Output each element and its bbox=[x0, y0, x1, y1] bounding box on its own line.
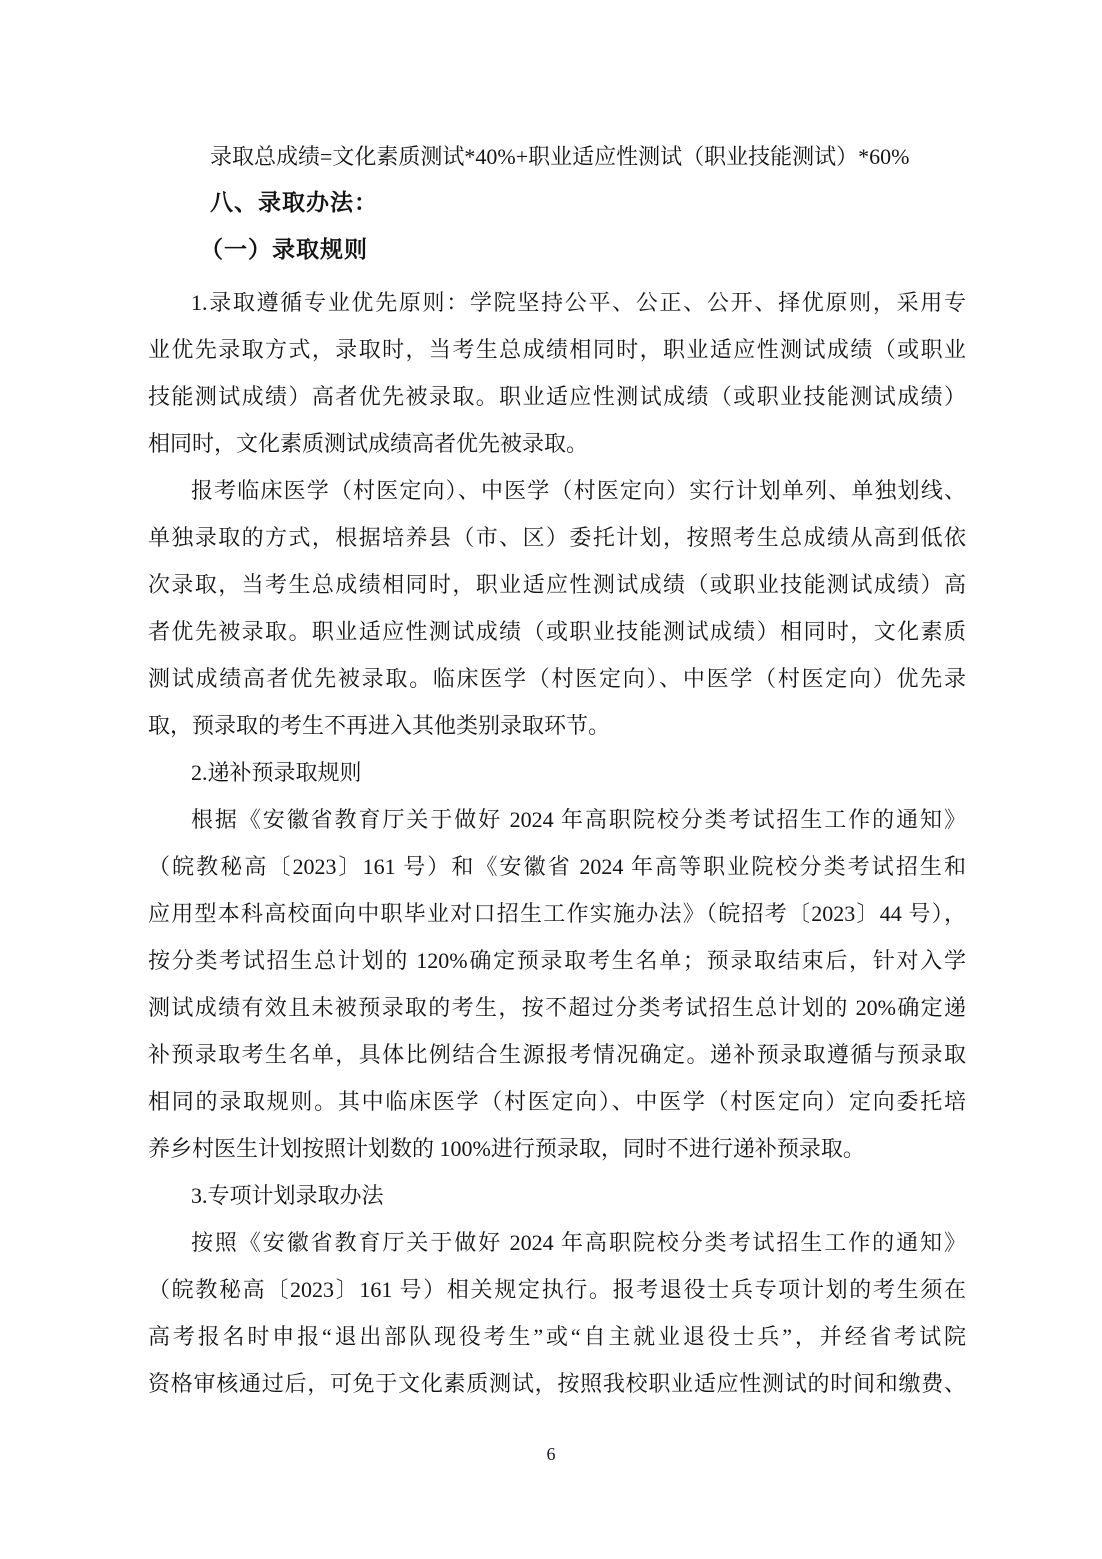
body-text: 1.录取遵循专业优先原则：学院坚持公平、公正、公开、择优原则，采用专业优先录取方… bbox=[148, 279, 966, 1407]
text-line: 次录取，当考生总成绩相同时，职业适应性测试成绩（或职业技能测试成绩）高 bbox=[148, 561, 966, 608]
text-line: 报考临床医学（村医定向）、中医学（村医定向）实行计划单列、单独划线、 bbox=[148, 467, 966, 514]
text-line: 3.专项计划录取办法 bbox=[148, 1172, 966, 1219]
text-line: 2.递补预录取规则 bbox=[148, 749, 966, 796]
text-line: 按分类考试招生总计划的 120%确定预录取考生名单；预录取结束后，针对入学 bbox=[148, 937, 966, 984]
subsection-heading: （一）录取规则 bbox=[148, 227, 966, 274]
section-heading: 八、录取办法： bbox=[148, 180, 966, 227]
text-line: 高考报名时申报“退出部队现役考生”或“自主就业退役士兵”，并经省考试院 bbox=[148, 1313, 966, 1360]
text-line: 1.录取遵循专业优先原则：学院坚持公平、公正、公开、择优原则，采用专 bbox=[148, 279, 966, 326]
text-line: （皖教秘高〔2023〕161 号）和《安徽省 2024 年高等职业院校分类考试招… bbox=[148, 843, 966, 890]
text-line: 业优先录取方式，录取时，当考生总成绩相同时，职业适应性测试成绩（或职业 bbox=[148, 326, 966, 373]
text-line: 按照《安徽省教育厅关于做好 2024 年高职院校分类考试招生工作的通知》 bbox=[148, 1219, 966, 1266]
text-line: 相同的录取规则。其中临床医学（村医定向）、中医学（村医定向）定向委托培 bbox=[148, 1078, 966, 1125]
text-line: （皖教秘高〔2023〕161 号）相关规定执行。报考退役士兵专项计划的考生须在 bbox=[148, 1266, 966, 1313]
text-line: 养乡村医生计划按照计划数的 100%进行预录取，同时不进行递补预录取。 bbox=[148, 1125, 966, 1172]
text-line: 资格审核通过后，可免于文化素质测试，按照我校职业适应性测试的时间和缴费、 bbox=[148, 1360, 966, 1407]
page-number: 6 bbox=[0, 1441, 1102, 1467]
text-line: 技能测试成绩）高者优先被录取。职业适应性测试成绩（或职业技能测试成绩） bbox=[148, 373, 966, 420]
text-line: 应用型本科高校面向中职毕业对口招生工作实施办法》（皖招考〔2023〕44 号）， bbox=[148, 890, 966, 937]
text-line: 根据《安徽省教育厅关于做好 2024 年高职院校分类考试招生工作的通知》 bbox=[148, 796, 966, 843]
text-line: 取，预录取的考生不再进入其他类别录取环节。 bbox=[148, 702, 966, 749]
text-line: 相同时，文化素质测试成绩高者优先被录取。 bbox=[148, 420, 966, 467]
text-line: 测试成绩高者优先被录取。临床医学（村医定向）、中医学（村医定向）优先录 bbox=[148, 655, 966, 702]
text-line: 者优先被录取。职业适应性测试成绩（或职业技能测试成绩）相同时，文化素质 bbox=[148, 608, 966, 655]
text-block: 录取总成绩=文化素质测试*40%+职业适应性测试（职业技能测试）*60% 八、录… bbox=[148, 133, 966, 1407]
admission-score-formula: 录取总成绩=文化素质测试*40%+职业适应性测试（职业技能测试）*60% bbox=[148, 133, 966, 180]
text-line: 补预录取考生名单，具体比例结合生源报考情况确定。递补预录取遵循与预录取 bbox=[148, 1031, 966, 1078]
text-line: 单独录取的方式，根据培养县（市、区）委托计划，按照考生总成绩从高到低依 bbox=[148, 514, 966, 561]
text-line: 测试成绩有效且未被预录取的考生，按不超过分类考试招生总计划的 20%确定递 bbox=[148, 984, 966, 1031]
document-page: 录取总成绩=文化素质测试*40%+职业适应性测试（职业技能测试）*60% 八、录… bbox=[0, 0, 1102, 1559]
